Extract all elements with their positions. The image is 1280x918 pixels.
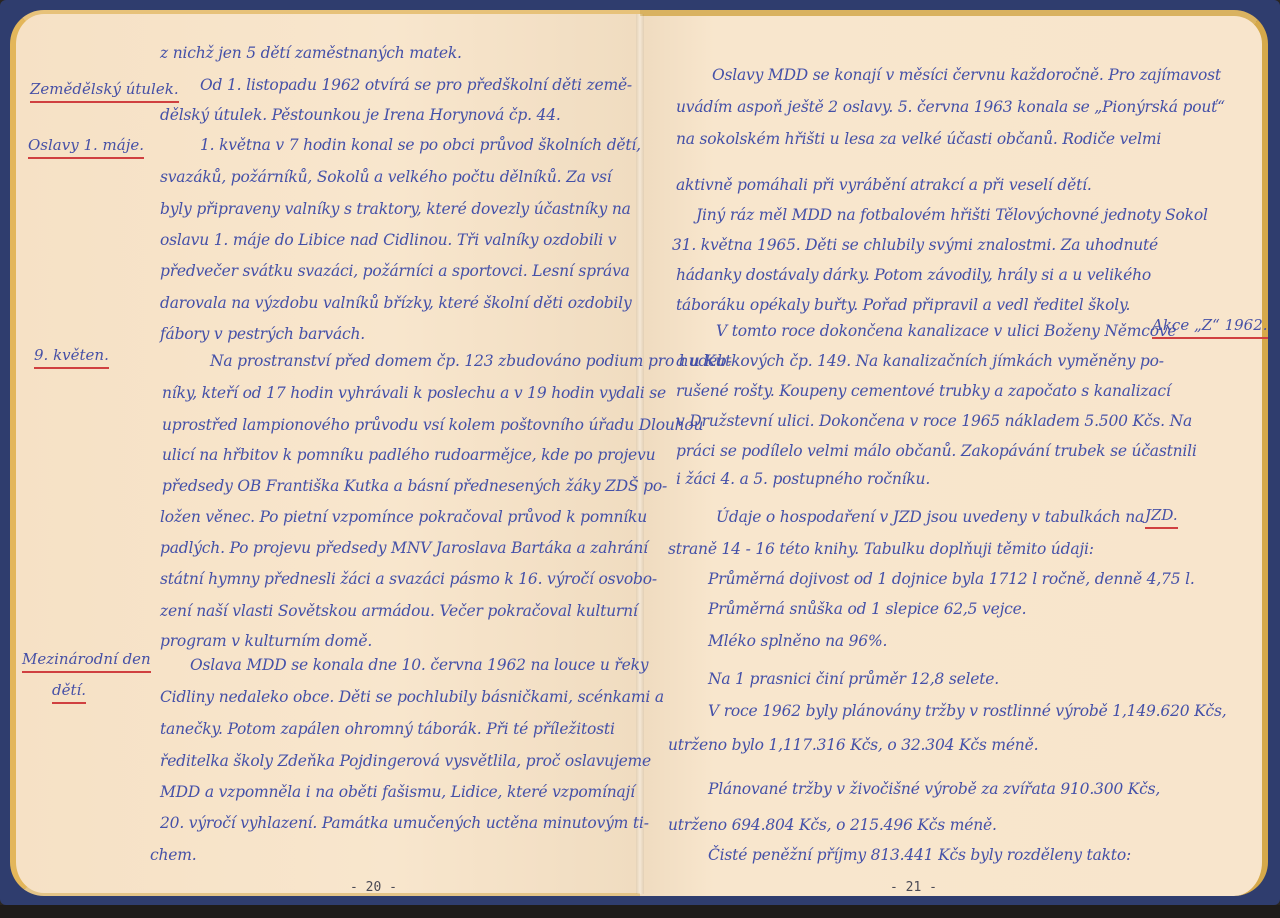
text-line: ředitelka školy Zdeňka Pojdingerová vysv… bbox=[160, 752, 651, 770]
text-line: níky, kteří od 17 hodin vyhrávali k posl… bbox=[162, 384, 666, 402]
text-line: táboráku opékaly buřty. Pořad připravil … bbox=[676, 296, 1130, 314]
margin-note-childrens-day-2: dětí. bbox=[52, 681, 86, 704]
text-line: uvádím aspoň ještě 2 oslavy. 5. června 1… bbox=[676, 98, 1225, 116]
text-line: V tomto roce dokončena kanalizace v ulic… bbox=[716, 322, 1176, 340]
text-line: 31. května 1965. Děti se chlubily svými … bbox=[672, 236, 1158, 254]
text-line: Údaje o hospodaření v JZD jsou uvedeny v… bbox=[716, 508, 1144, 526]
text-line: z nichž jen 5 dětí zaměstnaných matek. bbox=[160, 44, 462, 62]
text-line: ložen věnec. Po pietní vzpomínce pokračo… bbox=[160, 508, 647, 526]
text-line: Jiný ráz měl MDD na fotbalovém hřišti Tě… bbox=[696, 206, 1208, 224]
text-line: oslavu 1. máje do Libice nad Cidlinou. T… bbox=[160, 231, 616, 249]
text-line: a u Kutkových čp. 149. Na kanalizačních … bbox=[676, 352, 1164, 370]
text-line: MDD a vzpomněla i na oběti fašismu, Lidi… bbox=[160, 783, 635, 801]
text-line: uprostřed lampionového průvodu vsí kolem… bbox=[162, 416, 703, 434]
text-line: 1. května v 7 hodin konal se po obci prů… bbox=[200, 136, 641, 154]
text-line: padlých. Po projevu předsedy MNV Jarosla… bbox=[160, 539, 648, 557]
text-line: Oslavy MDD se konají v měsíci červnu kaž… bbox=[712, 66, 1221, 84]
text-line: program v kulturním domě. bbox=[160, 632, 372, 650]
text-line: svazáků, požárníků, Sokolů a velkého poč… bbox=[160, 168, 612, 186]
margin-note-jzd: JZD. bbox=[1145, 506, 1178, 529]
text-line: Na 1 prasnici činí průměr 12,8 selete. bbox=[708, 670, 999, 688]
text-line: Průměrná snůška od 1 slepice 62,5 vejce. bbox=[708, 600, 1026, 618]
text-line: utrženo 694.804 Kčs, o 215.496 Kčs méně. bbox=[668, 816, 997, 834]
text-line: i žáci 4. a 5. postupného ročníku. bbox=[676, 470, 930, 488]
text-line: dělský útulek. Pěstounkou je Irena Horyn… bbox=[160, 106, 561, 124]
margin-note-childrens-day: Mezinárodní den bbox=[22, 650, 151, 673]
text-line: v Družstevní ulici. Dokončena v roce 196… bbox=[676, 412, 1192, 430]
text-line: tanečky. Potom zapálen ohromný táborák. … bbox=[160, 720, 615, 738]
text-line: Od 1. listopadu 1962 otvírá se pro předš… bbox=[200, 76, 632, 94]
margin-note-may-day: Oslavy 1. máje. bbox=[28, 136, 144, 159]
text-line: předvečer svátku svazáci, požárníci a sp… bbox=[160, 262, 630, 280]
text-line: Čisté peněžní příjmy 813.441 Kčs byly ro… bbox=[708, 846, 1131, 864]
text-line: ulicí na hřbitov k pomníku padlého rudoa… bbox=[162, 446, 655, 464]
text-line: práci se podílelo velmi málo občanů. Zak… bbox=[676, 442, 1197, 460]
page-number-right: - 21 - bbox=[890, 880, 937, 895]
text-line: Mléko splněno na 96%. bbox=[708, 632, 887, 650]
text-line: aktivně pomáhali při vyrábění atrakcí a … bbox=[676, 176, 1092, 194]
text-line: utrženo bylo 1,117.316 Kčs, o 32.304 Kčs… bbox=[668, 736, 1038, 754]
text-line: státní hymny přednesli žáci a svazáci pá… bbox=[160, 570, 657, 588]
text-line: Cidliny nedaleko obce. Děti se pochlubil… bbox=[160, 688, 664, 706]
text-line: hádanky dostávaly dárky. Potom závodily,… bbox=[676, 266, 1151, 284]
text-line: Oslava MDD se konala dne 10. června 1962… bbox=[190, 656, 648, 674]
text-line: chem. bbox=[150, 846, 196, 864]
table-surface bbox=[0, 905, 1280, 918]
text-line: byly připraveny valníky s traktory, kter… bbox=[160, 200, 631, 218]
text-line: darovala na výzdobu valníků břízky, kter… bbox=[160, 294, 632, 312]
text-line: zení naší vlasti Sovětskou armádou. Veče… bbox=[160, 602, 638, 620]
text-line: Na prostranství před domem čp. 123 zbudo… bbox=[210, 352, 732, 370]
margin-note-agricultural-nursery: Zemědělský útulek. bbox=[30, 80, 179, 103]
text-line: V roce 1962 byly plánovány tržby v rostl… bbox=[708, 702, 1226, 720]
text-line: fábory v pestrých barvách. bbox=[160, 325, 365, 343]
text-line: na sokolském hřišti u lesa za velké účas… bbox=[676, 130, 1161, 148]
margin-note-ninth-may: 9. květen. bbox=[34, 346, 109, 369]
text-line: Průměrná dojivost od 1 dojnice byla 1712… bbox=[708, 570, 1195, 588]
text-line: 20. výročí vyhlazení. Památka umučených … bbox=[160, 814, 649, 832]
text-line: rušené rošty. Koupeny cementové trubky a… bbox=[676, 382, 1171, 400]
text-line: straně 14 - 16 této knihy. Tabulku doplň… bbox=[668, 540, 1094, 558]
text-line: předsedy OB Františka Kutka a básní před… bbox=[162, 477, 667, 495]
text-line: Plánované tržby v živočišné výrobě za zv… bbox=[708, 780, 1160, 798]
page-number-left: - 20 - bbox=[350, 880, 397, 895]
